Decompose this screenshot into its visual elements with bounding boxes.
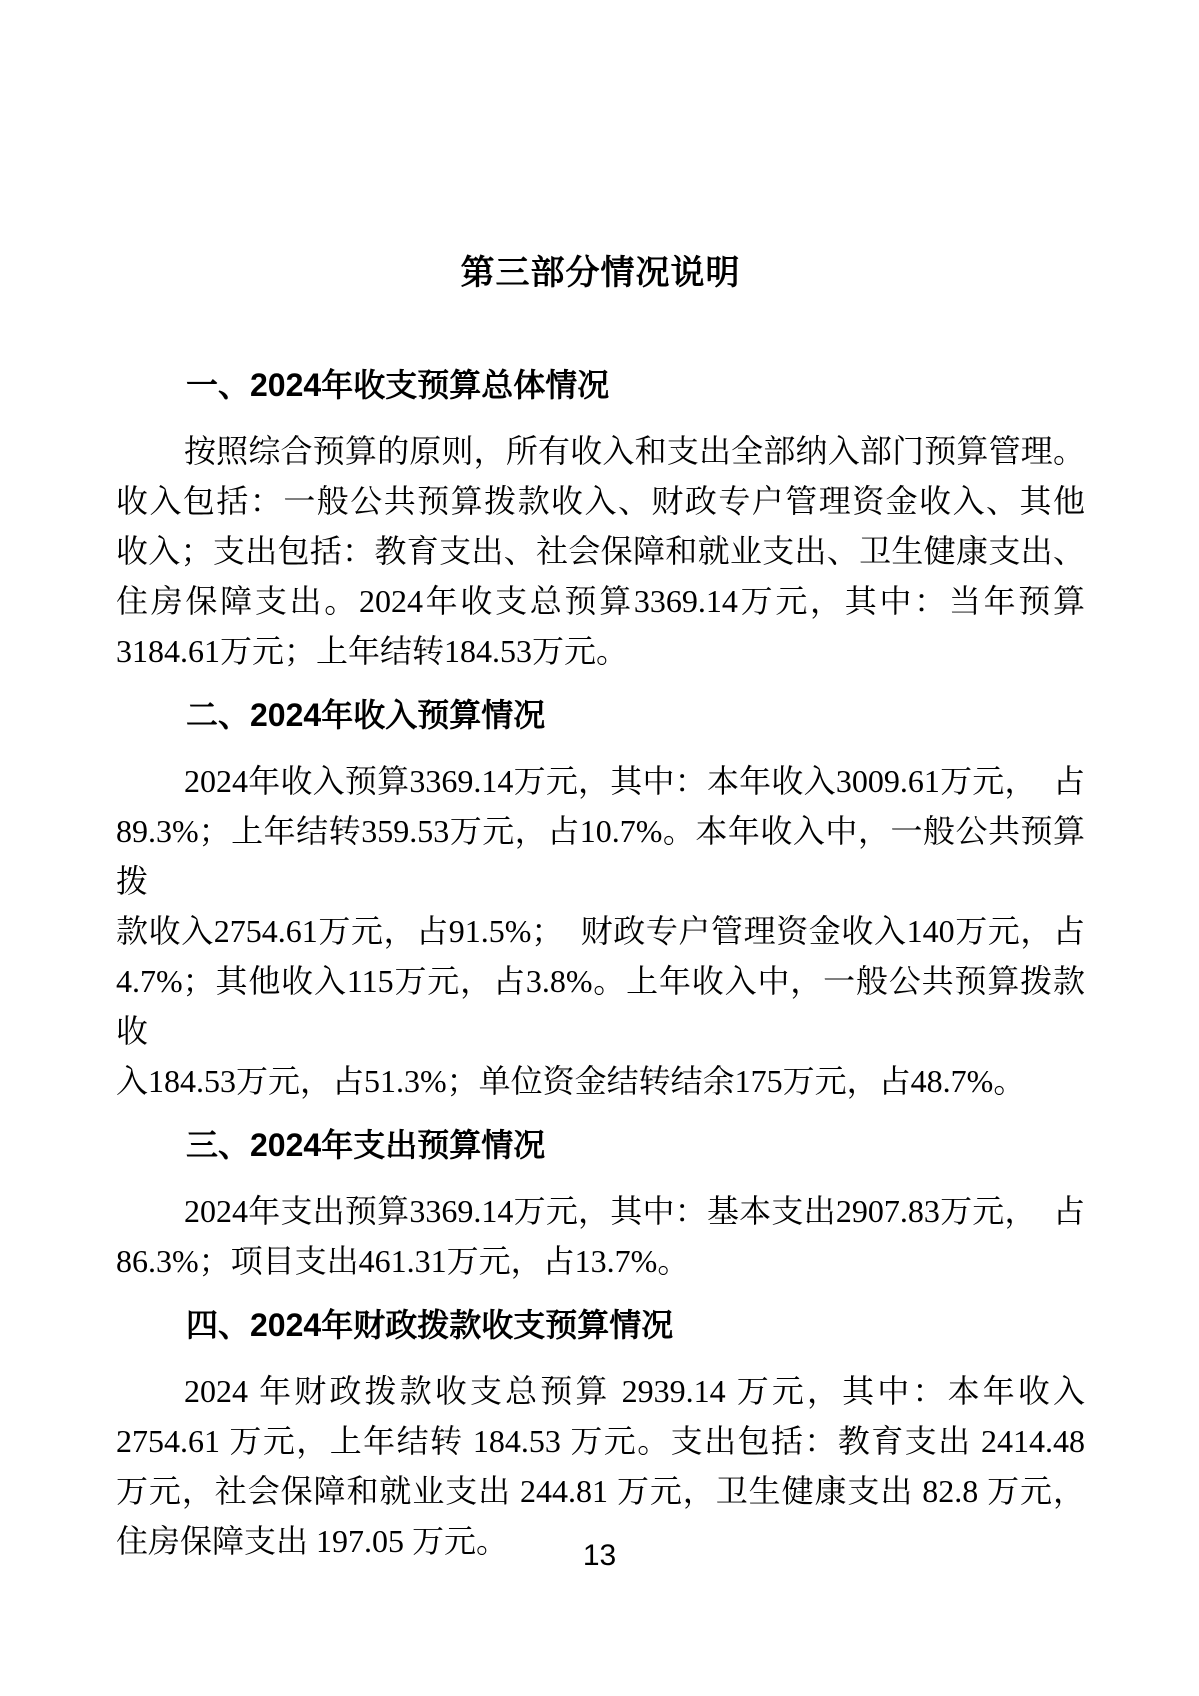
- section-fiscal-appropriation-budget: 四、2024年财政拨款收支预算情况 2024 年财政拨款收支总预算 2939.1…: [116, 1300, 1085, 1566]
- text-line: 万元，社会保障和就业支出 244.81 万元，卫生健康支出 82.8 万元，: [116, 1466, 1085, 1516]
- page-number: 13: [0, 1538, 1199, 1574]
- section-2-heading: 二、2024年收入预算情况: [116, 690, 1085, 740]
- text-line: 收入；支出包括：教育支出、社会保障和就业支出、卫生健康支出、: [116, 526, 1085, 576]
- text-line: 4.7%；其他收入115万元，占3.8%。上年收入中，一般公共预算拨款收: [116, 956, 1085, 1056]
- section-1-heading: 一、2024年收支预算总体情况: [116, 360, 1085, 410]
- section-2-paragraph: 2024年收入预算3369.14万元，其中：本年收入3009.61万元， 占 8…: [116, 756, 1085, 1106]
- text-line: 收入包括：一般公共预算拨款收入、财政专户管理资金收入、其他: [116, 476, 1085, 526]
- section-4-paragraph: 2024 年财政拨款收支总预算 2939.14 万元，其中：本年收入 2754.…: [116, 1366, 1085, 1566]
- section-income-budget: 二、2024年收入预算情况 2024年收入预算3369.14万元，其中：本年收入…: [116, 690, 1085, 1106]
- document-page: 第三部分情况说明 一、2024年收支预算总体情况 按照综合预算的原则，所有收入和…: [0, 0, 1199, 1696]
- text-line: 2024年支出预算3369.14万元，其中：基本支出2907.83万元， 占: [116, 1186, 1085, 1236]
- document-title: 第三部分情况说明: [116, 248, 1085, 298]
- text-line: 款收入2754.61万元，占91.5%； 财政专户管理资金收入140万元，占: [116, 906, 1085, 956]
- text-line: 89.3%；上年结转359.53万元，占10.7%。本年收入中，一般公共预算拨: [116, 806, 1085, 906]
- section-overall-budget: 一、2024年收支预算总体情况 按照综合预算的原则，所有收入和支出全部纳入部门预…: [116, 360, 1085, 676]
- section-3-heading: 三、2024年支出预算情况: [116, 1120, 1085, 1170]
- text-line: 2024 年财政拨款收支总预算 2939.14 万元，其中：本年收入: [116, 1366, 1085, 1416]
- text-line: 2024年收入预算3369.14万元，其中：本年收入3009.61万元， 占: [116, 756, 1085, 806]
- section-expenditure-budget: 三、2024年支出预算情况 2024年支出预算3369.14万元，其中：基本支出…: [116, 1120, 1085, 1286]
- section-1-paragraph: 按照综合预算的原则，所有收入和支出全部纳入部门预算管理。 收入包括：一般公共预算…: [116, 426, 1085, 676]
- text-line: 入184.53万元，占51.3%；单位资金结转结余175万元，占48.7%。: [116, 1056, 1085, 1106]
- text-line: 按照综合预算的原则，所有收入和支出全部纳入部门预算管理。: [116, 426, 1085, 476]
- text-line: 2754.61 万元，上年结转 184.53 万元。支出包括：教育支出 2414…: [116, 1416, 1085, 1466]
- text-line: 住房保障支出。2024年收支总预算3369.14万元，其中：当年预算: [116, 576, 1085, 626]
- text-line: 3184.61万元；上年结转184.53万元。: [116, 626, 1085, 676]
- text-line: 86.3%；项目支出461.31万元，占13.7%。: [116, 1236, 1085, 1286]
- section-3-paragraph: 2024年支出预算3369.14万元，其中：基本支出2907.83万元， 占 8…: [116, 1186, 1085, 1286]
- section-4-heading: 四、2024年财政拨款收支预算情况: [116, 1300, 1085, 1350]
